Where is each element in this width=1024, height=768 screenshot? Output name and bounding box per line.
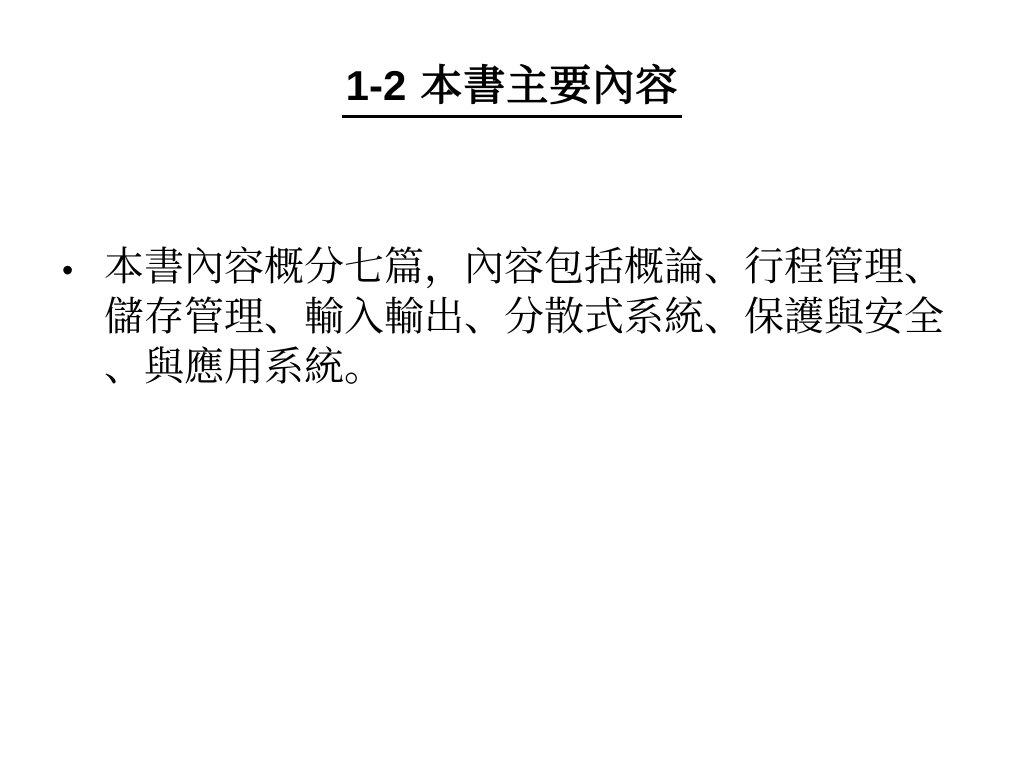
presentation-slide: 1-2本書主要內容 • 本書內容概分七篇，內容包括概論、行程管理、儲存管理、輸入…: [0, 0, 1024, 768]
slide-title: 1-2本書主要內容: [0, 62, 1024, 118]
bullet-text: 本書內容概分七篇，內容包括概論、行程管理、儲存管理、輸入輸出、分散式系統、保護與…: [104, 242, 960, 392]
slide-title-text: 本書主要內容: [420, 64, 678, 110]
slide-title-number: 1-2: [346, 62, 407, 109]
slide-body: • 本書內容概分七篇，內容包括概論、行程管理、儲存管理、輸入輸出、分散式系統、保…: [62, 242, 964, 392]
slide-title-underline: 1-2本書主要內容: [342, 62, 683, 118]
bullet-icon: •: [62, 242, 104, 295]
bullet-item: • 本書內容概分七篇，內容包括概論、行程管理、儲存管理、輸入輸出、分散式系統、保…: [62, 242, 964, 392]
